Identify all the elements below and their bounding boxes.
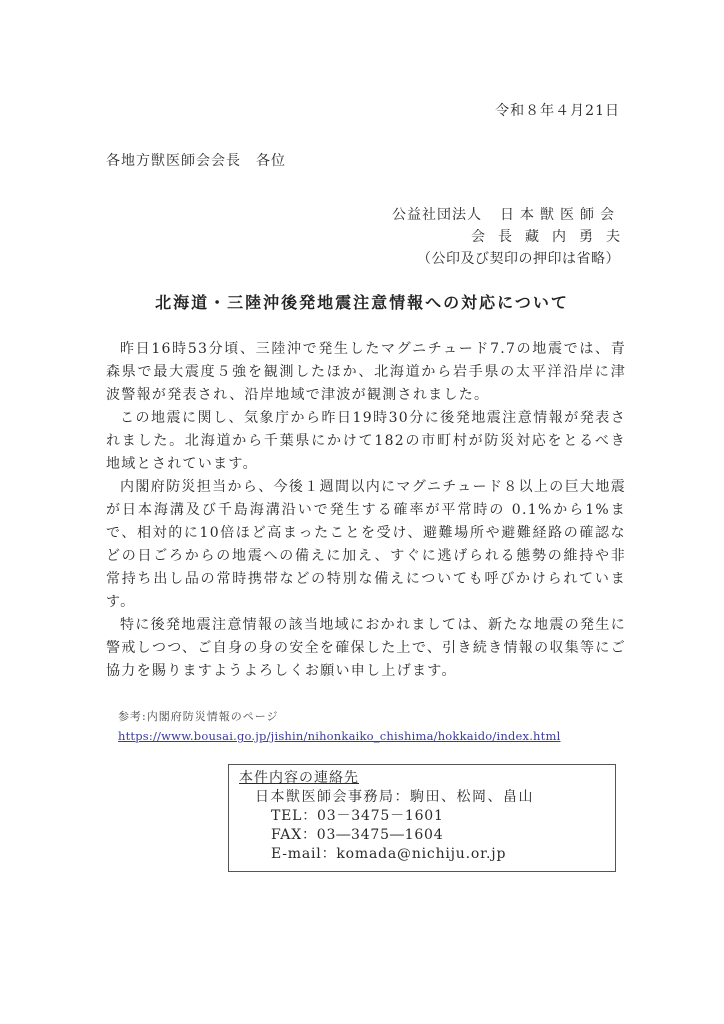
- reference-label: 参考:内閣府防災情報のページ: [118, 708, 279, 724]
- body-paragraph: 特に後発地震注意情報の該当地域におかれましては、新たな地震の発生に警戒しつつ、ご…: [106, 614, 626, 683]
- organization-name: 日本獣医師会: [500, 207, 620, 223]
- body-paragraph: この地震に関し、気象庁から昨日19時30分に後発地震注意情報が発表されました。北…: [106, 407, 626, 476]
- body-paragraph: 昨日16時53分頃、三陸沖で発生したマグニチュード7.7の地震では、青森県で最大…: [106, 338, 626, 407]
- contact-office: 日本獣医師会事務局：駒田、松岡、畠山: [239, 788, 605, 807]
- sender-block: 公益社団法人日本獣医師会 会長藏内勇夫 （公印及び契印の押印は省略）: [392, 204, 620, 270]
- body-paragraph: 内閣府防災担当から、今後１週間以内にマグニチュード８以上の巨大地震が日本海溝及び…: [106, 476, 626, 614]
- reference-link[interactable]: https://www.bousai.go.jp/jishin/nihonkai…: [118, 729, 560, 743]
- contact-heading: 本件内容の連絡先: [239, 769, 605, 788]
- contact-fax: FAX：03―3475―1604: [239, 826, 605, 845]
- addressee: 各地方獣医師会会長 各位: [106, 150, 286, 170]
- letter-body: 昨日16時53分頃、三陸沖で発生したマグニチュード7.7の地震では、青森県で最大…: [106, 338, 626, 683]
- document-subject: 北海道・三陸沖後発地震注意情報への対応について: [0, 290, 724, 313]
- sender-organization: 公益社団法人日本獣医師会: [392, 204, 620, 226]
- sender-title-name: 会長藏内勇夫: [392, 226, 633, 248]
- letter-date: 令和８年４月21日: [495, 100, 620, 120]
- contact-tel: TEL：03－3475－1601: [239, 807, 605, 826]
- seal-note: （公印及び契印の押印は省略）: [392, 248, 620, 270]
- contact-box: 本件内容の連絡先 日本獣医師会事務局：駒田、松岡、畠山 TEL：03－3475－…: [228, 764, 616, 872]
- organization-type: 公益社団法人: [392, 207, 482, 223]
- contact-email: E-mail：komada@nichiju.or.jp: [239, 845, 605, 864]
